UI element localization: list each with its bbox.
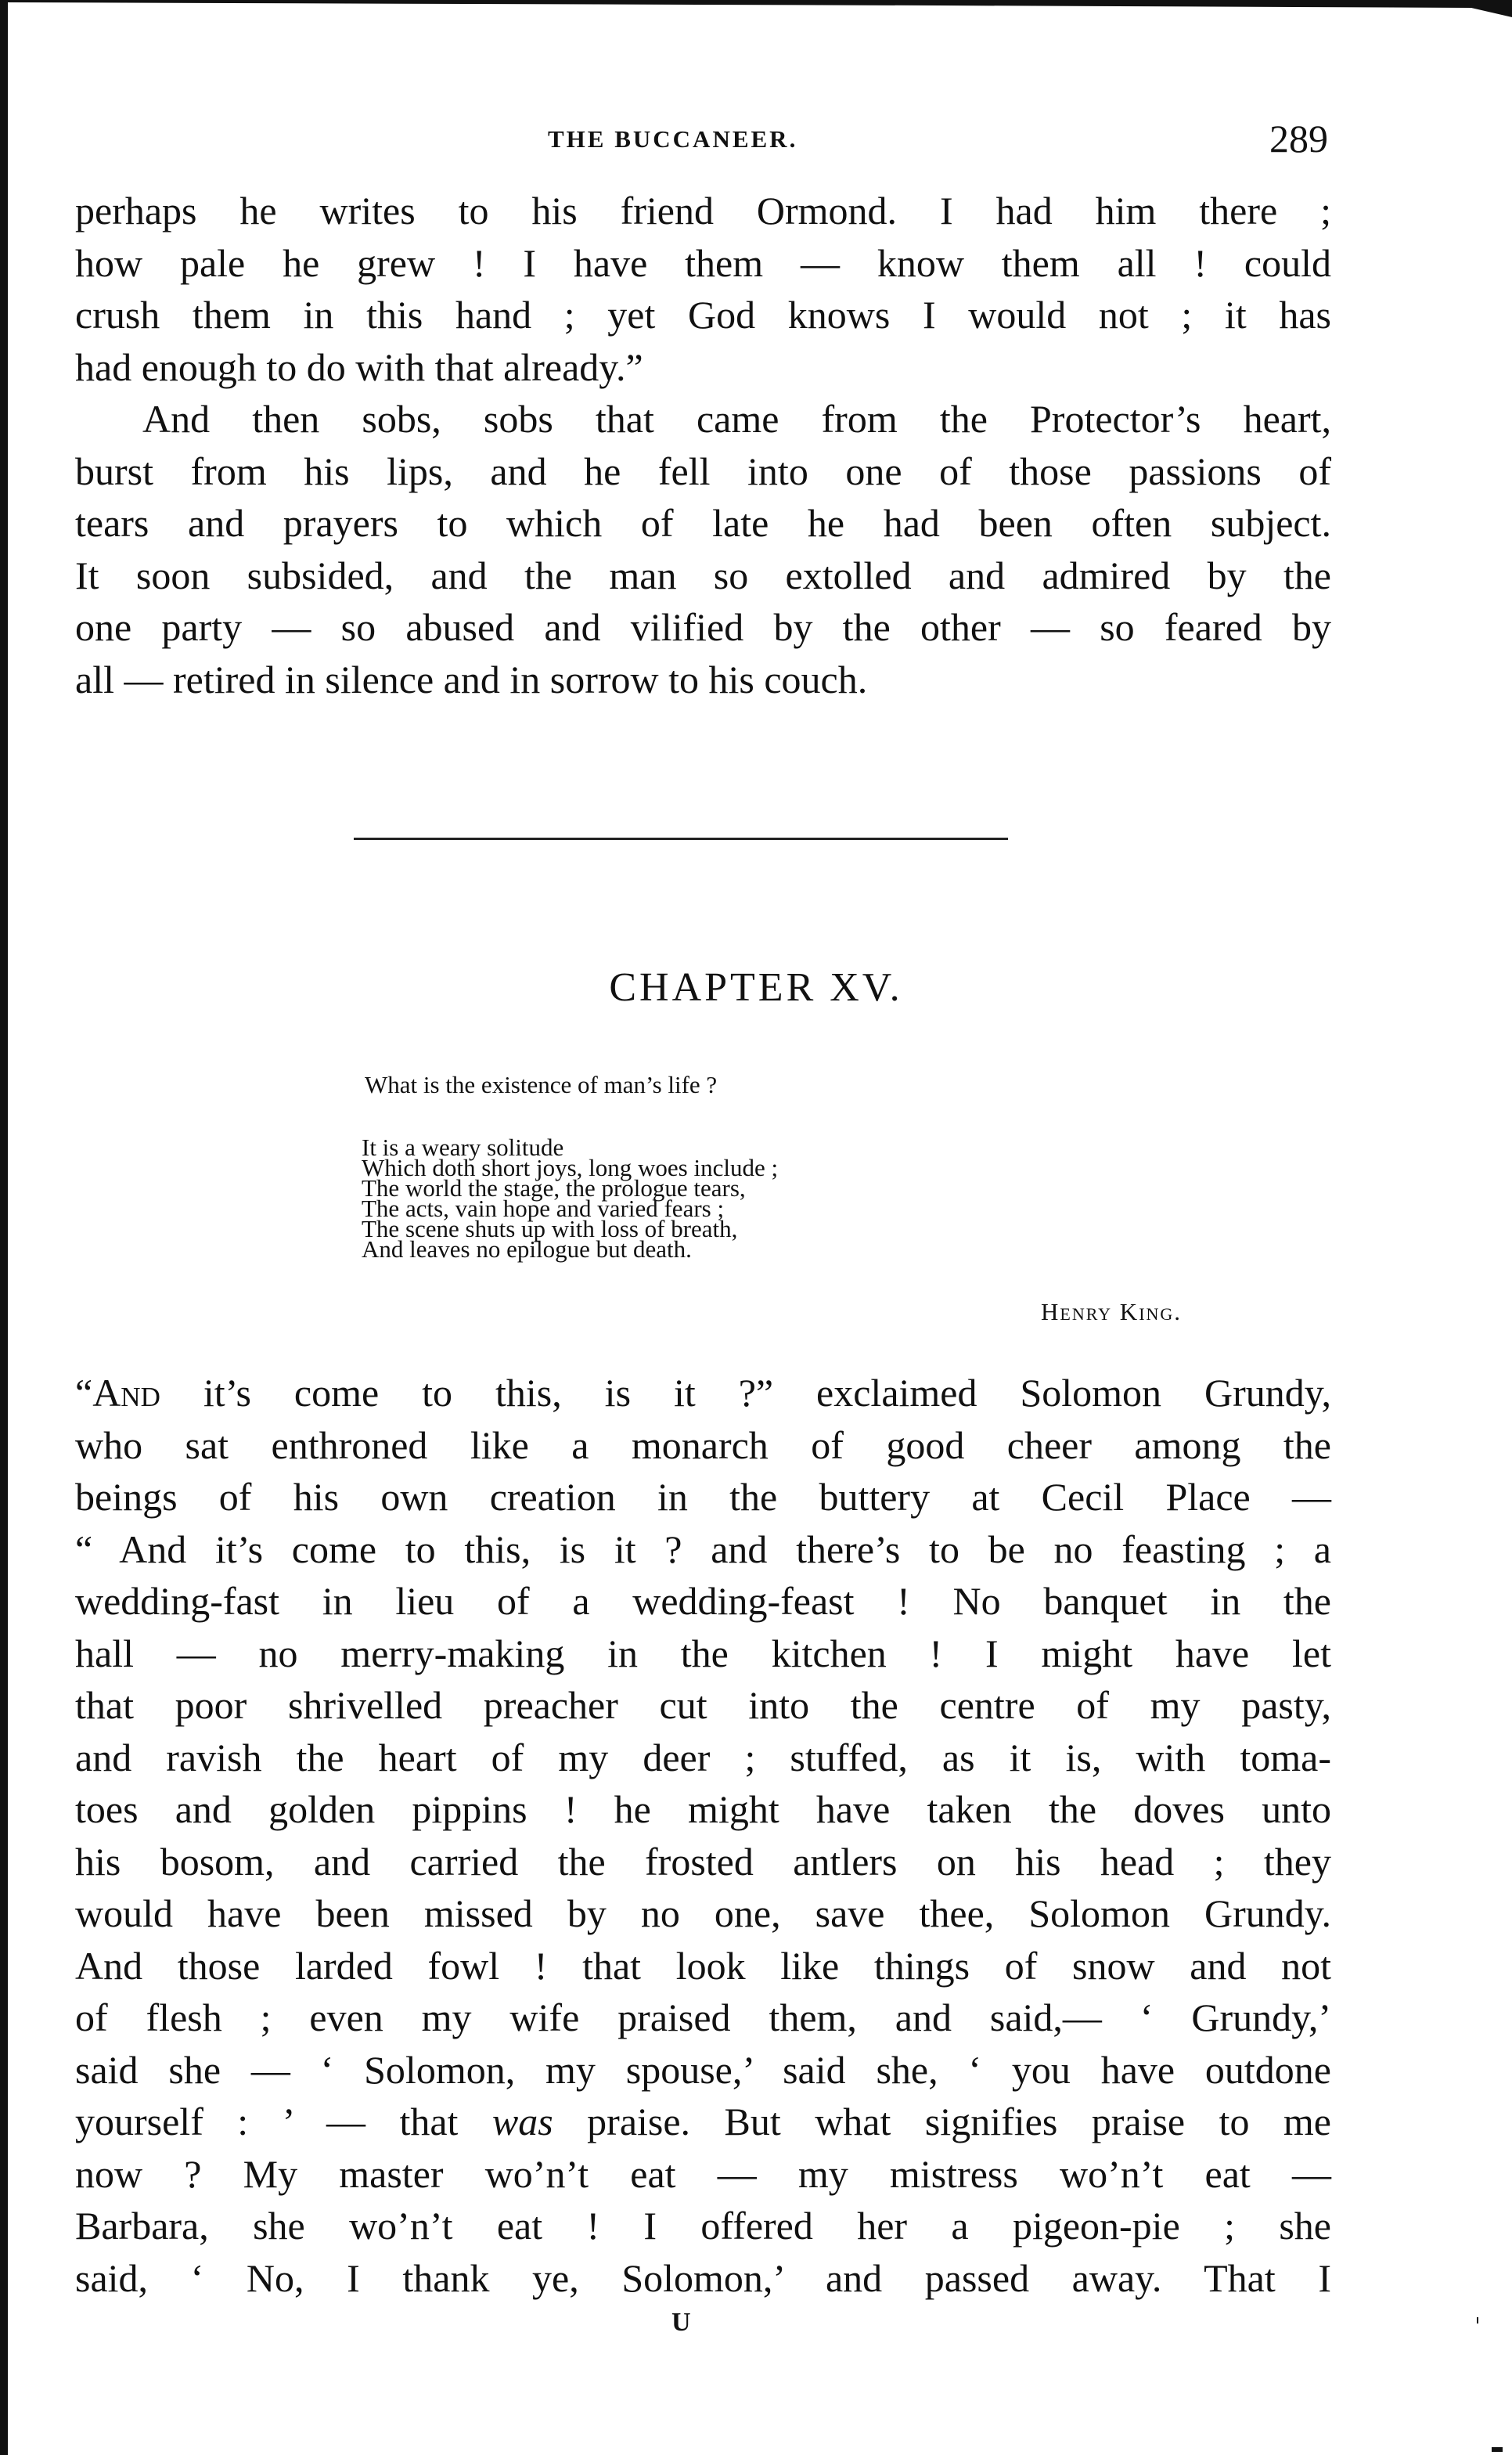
epigraph-attribution: Henry King. xyxy=(1041,1298,1182,1326)
text-line: Barbara, she wo’n’t eat ! I offered her … xyxy=(75,2200,1331,2252)
text-line: his bosom, and carried the frosted antle… xyxy=(75,1836,1331,1888)
signature-mark: U xyxy=(671,2308,691,2338)
text-line: all — retired in silence and in sorrow t… xyxy=(75,654,1331,706)
text-line: And those larded fowl ! that look like t… xyxy=(75,1940,1331,1992)
opening-quote: “ xyxy=(75,1371,92,1415)
text-line: who sat enthroned like a monarch of good… xyxy=(75,1419,1331,1472)
running-head: THE BUCCANEER. 289 xyxy=(0,116,1512,163)
text-line: perhaps he writes to his friend Ormond. … xyxy=(75,185,1331,237)
text-line: toes and golden pippins ! he might have … xyxy=(75,1783,1331,1836)
paragraph-continuation: perhaps he writes to his friend Ormond. … xyxy=(75,185,1331,393)
running-title: THE BUCCANEER. xyxy=(548,125,797,153)
text-line: said she — ‘ Solomon, my spouse,’ said s… xyxy=(75,2044,1331,2096)
text-line: that poor shrivelled preacher cut into t… xyxy=(75,1679,1331,1732)
text-line: one party — so abused and vilified by th… xyxy=(75,601,1331,654)
text-line: tears and prayers to which of late he ha… xyxy=(75,497,1331,550)
scan-left-edge xyxy=(0,0,8,2455)
text-line: said, ‘ No, I thank ye, Solomon,’ and pa… xyxy=(75,2252,1331,2305)
text-line: “And it’s come to this, is it ?” exclaim… xyxy=(75,1367,1331,1419)
scan-top-edge xyxy=(0,0,1512,17)
text-line: yourself : ’ — that was praise. But what… xyxy=(75,2096,1331,2148)
text-line: wedding-fast in lieu of a wedding-feast … xyxy=(75,1575,1331,1628)
section-divider-rule xyxy=(354,838,1008,840)
text-line: how pale he grew ! I have them — know th… xyxy=(75,237,1331,290)
text-line: had enough to do with that already.” xyxy=(75,341,1331,394)
first-line-rest: it’s come to this, is it ?” exclaimed So… xyxy=(160,1371,1331,1415)
text-line: It soon subsided, and the man so extolle… xyxy=(75,550,1331,602)
text-line: “ And it’s come to this, is it ? and the… xyxy=(75,1523,1331,1576)
text-segment: praise. But what signifies praise to me xyxy=(553,2100,1331,2143)
opening-word-small-caps: And xyxy=(92,1371,160,1415)
page-number: 289 xyxy=(1269,116,1328,161)
epigraph-poem: It is a weary solitude Which doth short … xyxy=(362,1137,778,1260)
epigraph-question: What is the existence of man’s life ? xyxy=(365,1071,717,1099)
text-segment: yourself : ’ — that xyxy=(75,2100,492,2143)
scan-speck xyxy=(1492,2447,1503,2452)
italic-emphasis: was xyxy=(492,2100,553,2143)
text-line: would have been missed by no one, save t… xyxy=(75,1887,1331,1940)
paragraph-protector: And then sobs, sobs that came from the P… xyxy=(75,393,1331,705)
text-line: burst from his lips, and he fell into on… xyxy=(75,445,1331,498)
text-line: crush them in this hand ; yet God knows … xyxy=(75,289,1331,341)
text-line: now ? My master wo’n’t eat — my mistress… xyxy=(75,2148,1331,2201)
chapter-title: CHAPTER XV. xyxy=(0,964,1512,1011)
scan-speck xyxy=(1477,2317,1478,2323)
text-line: of flesh ; even my wife praised them, an… xyxy=(75,1992,1331,2044)
paragraph-grundy: “And it’s come to this, is it ?” exclaim… xyxy=(75,1367,1331,2304)
text-line: beings of his own creation in the butter… xyxy=(75,1471,1331,1523)
text-line: and ravish the heart of my deer ; stuffe… xyxy=(75,1732,1331,1784)
text-line: hall — no merry-making in the kitchen ! … xyxy=(75,1628,1331,1680)
text-line: And then sobs, sobs that came from the P… xyxy=(75,393,1331,445)
